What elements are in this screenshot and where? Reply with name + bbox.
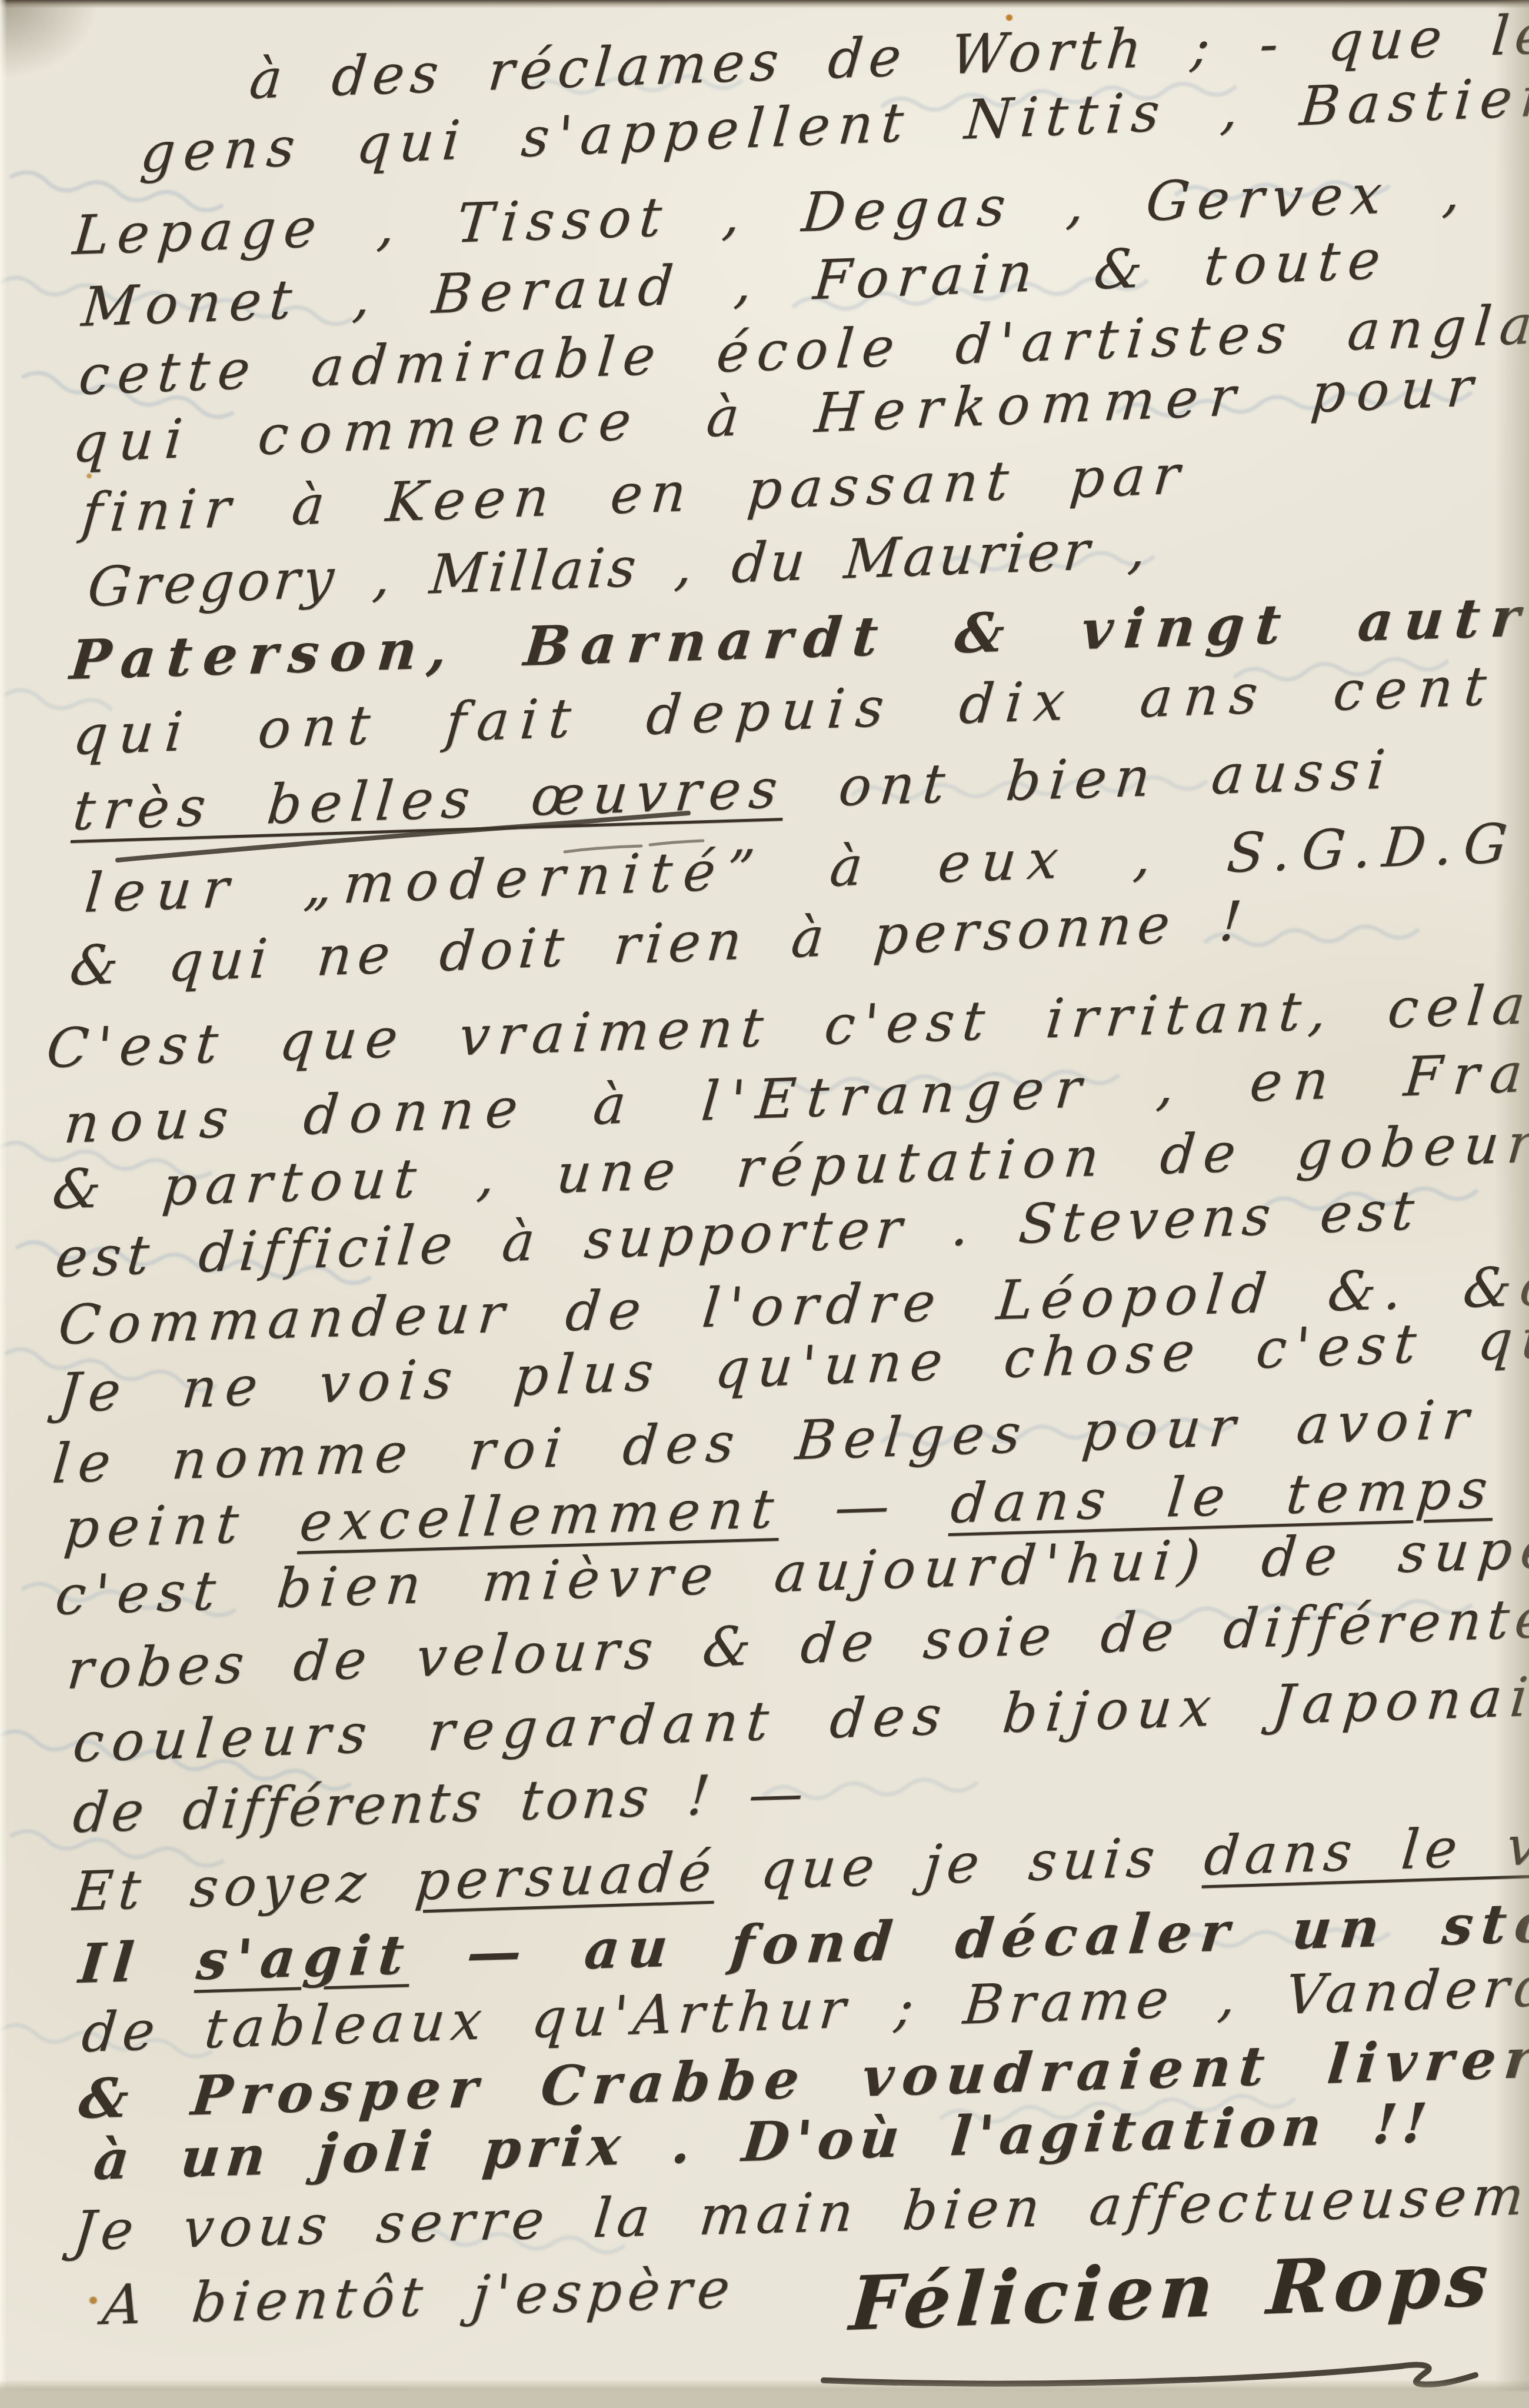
handwriting-text: Il: [76, 1929, 200, 1996]
page-edge-left: [0, 0, 7, 2408]
handwriting-text: de différents tons ! —: [71, 1761, 810, 1845]
letter-scan: { "document": { "kind": "Handwritten let…: [0, 0, 1529, 2408]
handwriting-text: ont bien aussi: [782, 738, 1396, 820]
underlined-phrase: excellemment: [297, 1477, 785, 1554]
page-edge-top: [0, 0, 1529, 8]
letter-page: à des réclames de Worth ; - que les gens…: [0, 0, 1529, 2408]
page-corner-shadow: [0, 0, 141, 112]
handwriting-text: A bientôt j'espère: [100, 2257, 738, 2337]
underlined-phrase: très belles œuvres: [71, 757, 788, 842]
signature: Félicien Rops: [847, 2236, 1496, 2347]
foxing-spot: [88, 2296, 98, 2304]
handwriting-text: —: [778, 1473, 954, 1540]
page-edge-right: [1495, 0, 1529, 2408]
handwriting-text: que je suis: [714, 1824, 1207, 1903]
underlined-phrase: dans le vrai.: [1202, 1810, 1529, 1888]
letter-line: A bientôt j'espère: [100, 2259, 738, 2336]
underlined-phrase: s'agit: [194, 1923, 415, 1993]
foxing-spot: [1005, 14, 1014, 21]
page-edge-bottom: [0, 2380, 1529, 2408]
letter-line: de différents tons ! —: [71, 1763, 810, 1843]
handwriting-text: peint: [62, 1491, 303, 1561]
handwriting-text: Et soyez: [71, 1849, 419, 1923]
underlined-phrase: persuadé: [413, 1840, 719, 1912]
